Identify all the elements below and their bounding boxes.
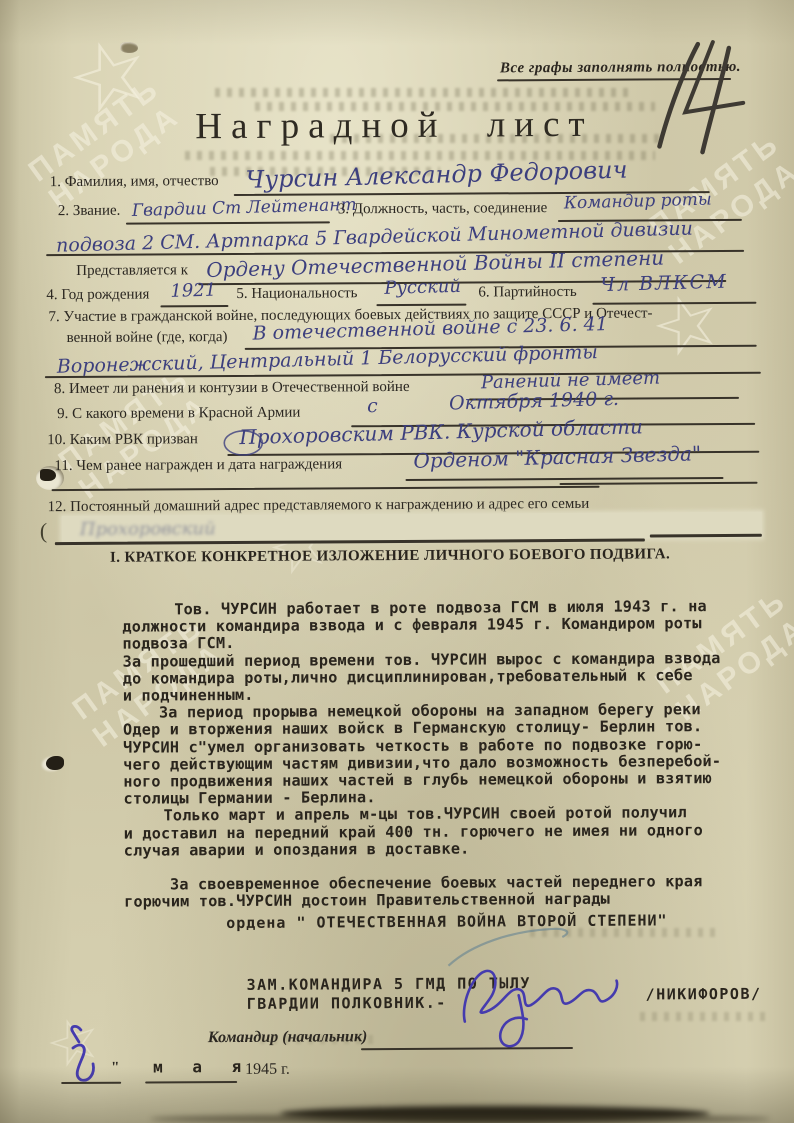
commander-label: Командир (начальник) — [208, 1028, 368, 1047]
pen-loop — [224, 431, 262, 455]
signature-flourish — [448, 929, 567, 966]
scanned-award-document: ☆ ПАМЯТЬ НАРОДА ☆ ПАМЯТЬ НАРОДА ПАМЯТЬ Н… — [0, 0, 794, 1123]
date-month: м а я — [153, 1057, 251, 1077]
signature-ink — [0, 0, 794, 1123]
date-year: 1945 г. — [245, 1061, 290, 1079]
date-quote-mark: " — [111, 1060, 119, 1077]
signature-loop — [500, 995, 527, 1046]
signature-stroke — [464, 970, 618, 1022]
